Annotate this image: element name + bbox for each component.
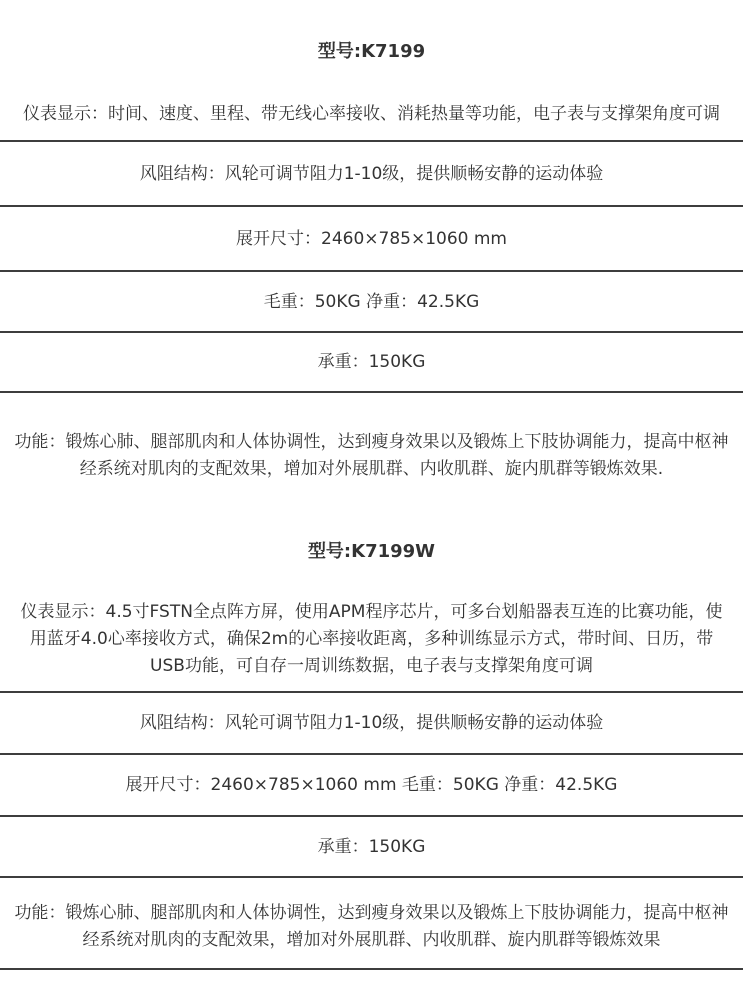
spec-row-function-k7199: 功能：锻炼心肺、腿部肌肉和人体协调性，达到瘦身效果以及锻炼上下肢协调能力，提高中… bbox=[0, 393, 743, 499]
spec-row-dimensions-k7199: 展开尺寸：2460×785×1060 mm bbox=[0, 207, 743, 272]
spec-row-resistance-k7199w: 风阻结构：风轮可调节阻力1-10级，提供顺畅安静的运动体验 bbox=[0, 693, 743, 755]
spec-row-function-k7199w: 功能：锻炼心肺、腿部肌肉和人体协调性，达到瘦身效果以及锻炼上下肢协调能力，提高中… bbox=[0, 878, 743, 970]
bottom-whitespace bbox=[0, 970, 743, 1000]
spec-row-max-load-k7199: 承重：150KG bbox=[0, 333, 743, 393]
product-spec-document: 型号:K7199 仪表显示：时间、速度、里程、带无线心率接收、消耗热量等功能，电… bbox=[0, 0, 743, 1000]
model-title-k7199: 型号:K7199 bbox=[0, 0, 743, 88]
spec-row-display-k7199w: 仪表显示：4.5寸FSTN全点阵方屏，使用APM程序芯片，可多台划船器表互连的比… bbox=[0, 587, 743, 693]
spec-row-display-k7199: 仪表显示：时间、速度、里程、带无线心率接收、消耗热量等功能，电子表与支撑架角度可… bbox=[0, 88, 743, 142]
spec-row-resistance-k7199: 风阻结构：风轮可调节阻力1-10级，提供顺畅安静的运动体验 bbox=[0, 142, 743, 207]
spec-row-max-load-k7199w: 承重：150KG bbox=[0, 817, 743, 878]
spec-row-dimensions-weight-k7199w: 展开尺寸：2460×785×1060 mm 毛重：50KG 净重：42.5KG bbox=[0, 755, 743, 817]
model-title-k7199w: 型号:K7199W bbox=[0, 499, 743, 587]
spec-row-weight-k7199: 毛重：50KG 净重：42.5KG bbox=[0, 272, 743, 333]
